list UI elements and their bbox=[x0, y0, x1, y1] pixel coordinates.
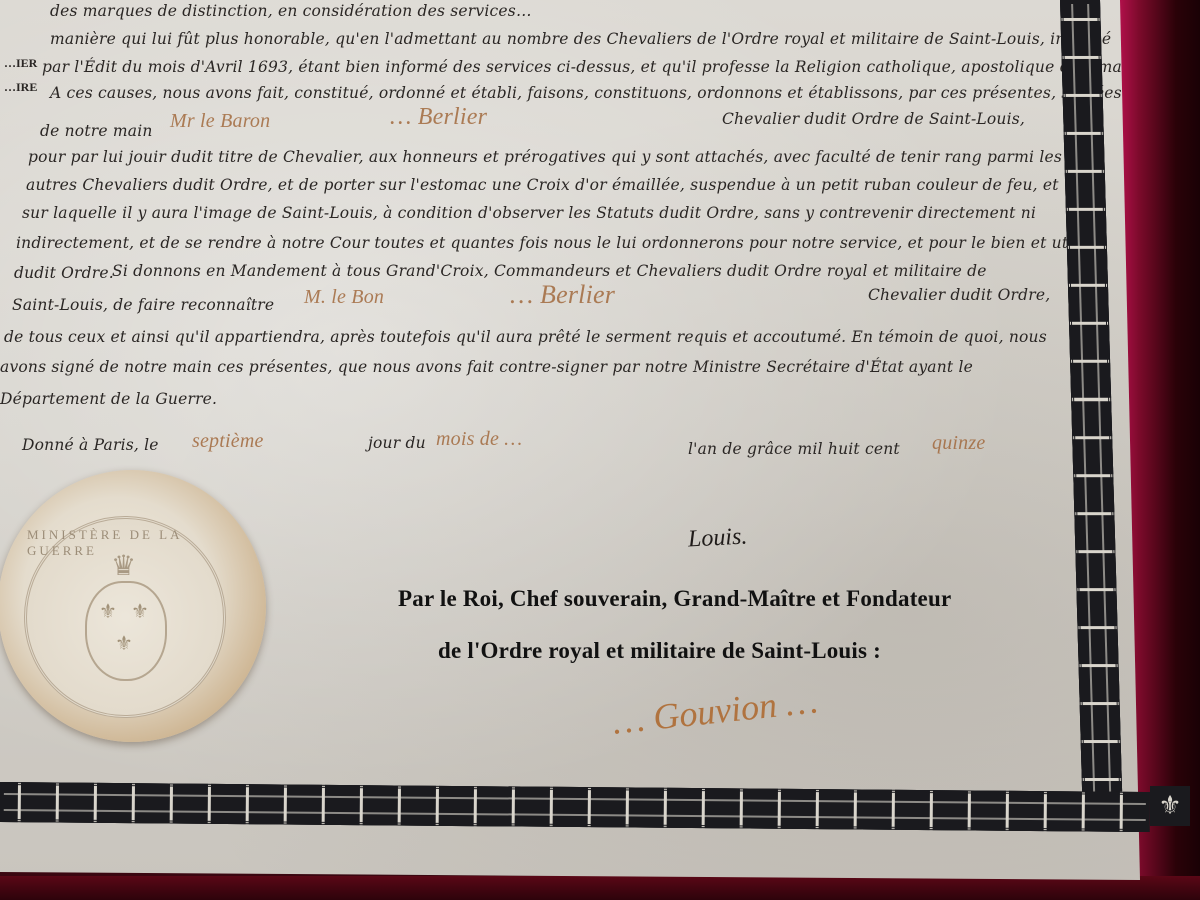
minister-countersignature: … Gouvion … bbox=[610, 679, 819, 742]
body-line: A ces causes, nous avons fait, constitué… bbox=[50, 84, 1122, 102]
handwritten-recipient-title: Mr le Baron bbox=[170, 110, 270, 133]
body-line: autres Chevaliers dudit Ordre, et de por… bbox=[26, 176, 1059, 194]
dating-middle: jour du bbox=[368, 434, 426, 452]
body-line: Département de la Guerre. bbox=[0, 390, 217, 408]
body-line: de notre main bbox=[40, 122, 153, 140]
margin-fragment-2: …IRE bbox=[4, 80, 37, 95]
body-line: de tous ceux et ainsi qu'il appartiendra… bbox=[4, 328, 1047, 346]
body-line: Chevalier dudit Ordre de Saint-Louis, bbox=[722, 110, 1025, 128]
fleur-de-lis-icon: ⚜ bbox=[99, 599, 117, 623]
handwritten-day: septième bbox=[192, 430, 264, 453]
ministry-seal: MINISTÈRE DE LA GUERRE ♛ ⚜ ⚜ ⚜ bbox=[0, 470, 266, 742]
dating-prefix: Donné à Paris, le bbox=[22, 436, 159, 454]
body-line: manière qui lui fût plus honorable, qu'e… bbox=[50, 30, 1111, 48]
handwritten-recipient-name-2: … Berlier bbox=[510, 280, 615, 310]
handwritten-recipient-name: … Berlier bbox=[390, 104, 487, 131]
parchment-document: …IER …IRE des marques de distinction, en… bbox=[0, 0, 1140, 880]
handwritten-month: mois de … bbox=[436, 428, 522, 451]
body-line: avons signé de notre main ces présentes,… bbox=[0, 358, 973, 376]
body-line: par l'Édit du mois d'Avril 1693, étant b… bbox=[42, 58, 1152, 76]
attestation-line-2: de l'Ordre royal et militaire de Saint-L… bbox=[438, 638, 881, 664]
body-line: Saint-Louis, de faire reconnaître bbox=[12, 296, 274, 314]
fleur-de-lis-icon: ⚜ bbox=[115, 631, 133, 655]
margin-fragment-1: …IER bbox=[4, 56, 37, 71]
crown-icon: ♛ bbox=[111, 549, 136, 582]
royal-signature: Louis. bbox=[687, 523, 748, 553]
velvet-backdrop-bottom bbox=[0, 876, 1200, 900]
fleur-de-lis-corner-icon: ⚜ bbox=[1150, 786, 1190, 826]
body-line: sur laquelle il y aura l'image de Saint-… bbox=[22, 204, 1036, 222]
dating-suffix: l'an de grâce mil huit cent bbox=[688, 440, 900, 458]
handwritten-year: quinze bbox=[932, 432, 985, 455]
attestation-line-1: Par le Roi, Chef souverain, Grand-Maître… bbox=[398, 586, 951, 612]
body-line: pour par lui jouir dudit titre de Cheval… bbox=[28, 148, 1062, 166]
body-line-mandement: Si donnons en Mandement à tous Grand'Cro… bbox=[112, 262, 987, 280]
handwritten-recipient-title-2: M. le Bon bbox=[304, 286, 384, 309]
body-line: des marques de distinction, en considéra… bbox=[50, 2, 532, 20]
body-line: indirectement, et de se rendre à notre C… bbox=[16, 234, 1100, 252]
fleur-de-lis-icon: ⚜ bbox=[131, 599, 149, 623]
seal-impression: MINISTÈRE DE LA GUERRE ♛ ⚜ ⚜ ⚜ bbox=[24, 516, 226, 718]
body-line: dudit Ordre. bbox=[14, 264, 114, 282]
body-line: Chevalier dudit Ordre, bbox=[868, 286, 1050, 304]
